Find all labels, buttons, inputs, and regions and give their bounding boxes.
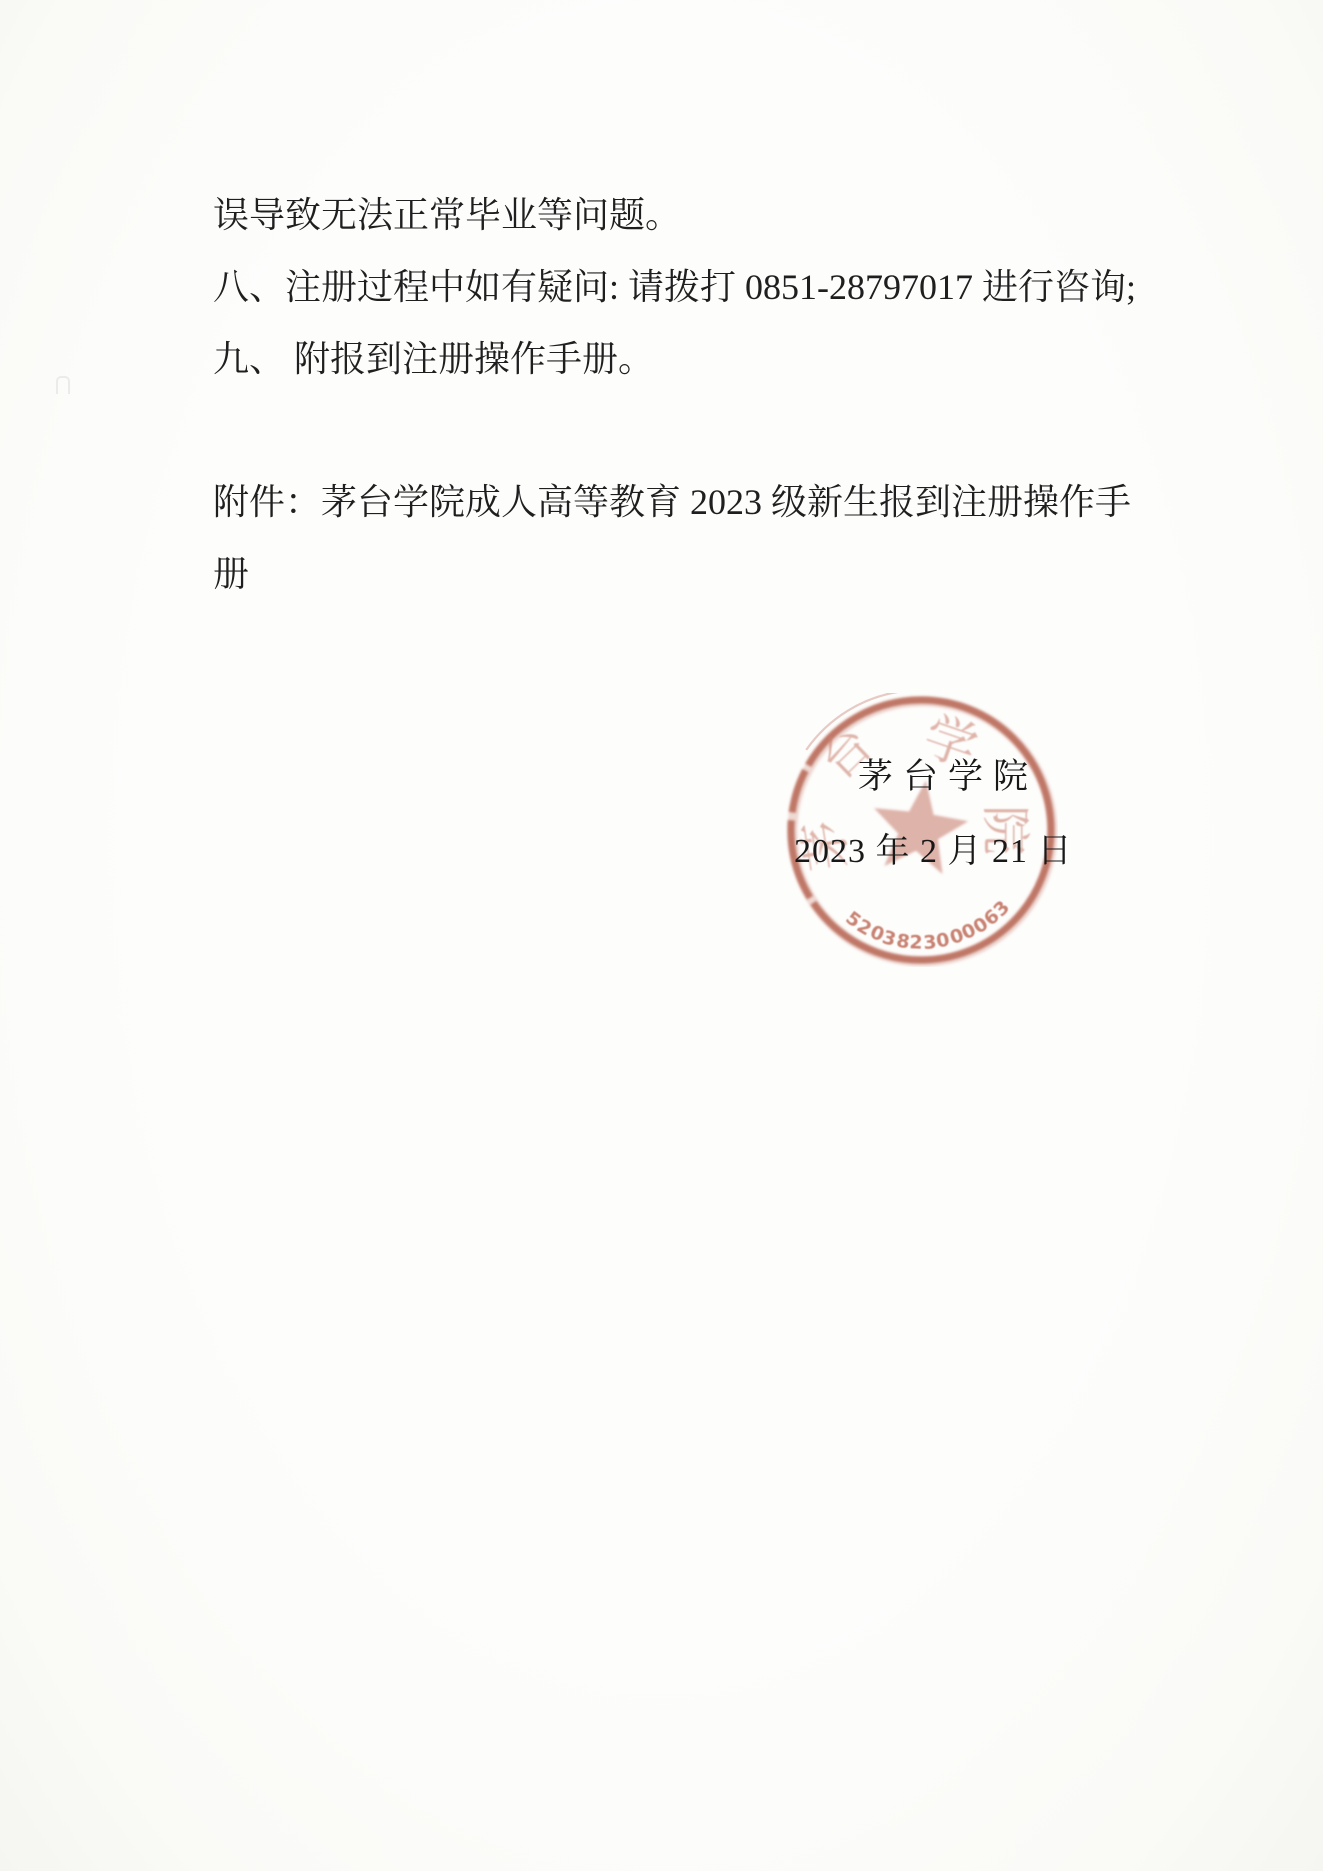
signature-date: 2023 年 2 月 21 日: [794, 823, 1073, 872]
scan-artifact-speck: [56, 376, 70, 394]
paragraph-item-8-contact-phone: 八、注册过程中如有疑问: 请拨打 0851-28797017 进行咨询;: [213, 264, 1136, 310]
signature-org-name: 茅台学院: [858, 749, 1038, 799]
paragraph-item-9-manual: 九、 附报到注册操作手册。: [213, 336, 654, 382]
scanned-document-page: 误导致无法正常毕业等问题。 八、注册过程中如有疑问: 请拨打 0851-2879…: [0, 0, 1323, 1871]
attachment-line-2: 册: [213, 551, 249, 597]
attachment-line-1: 附件：茅台学院成人高等教育 2023 级新生报到注册操作手: [213, 479, 1131, 525]
seal-serial-digit: 2: [909, 933, 923, 953]
paragraph-graduation-issue: 误导致无法正常毕业等问题。: [213, 192, 681, 238]
